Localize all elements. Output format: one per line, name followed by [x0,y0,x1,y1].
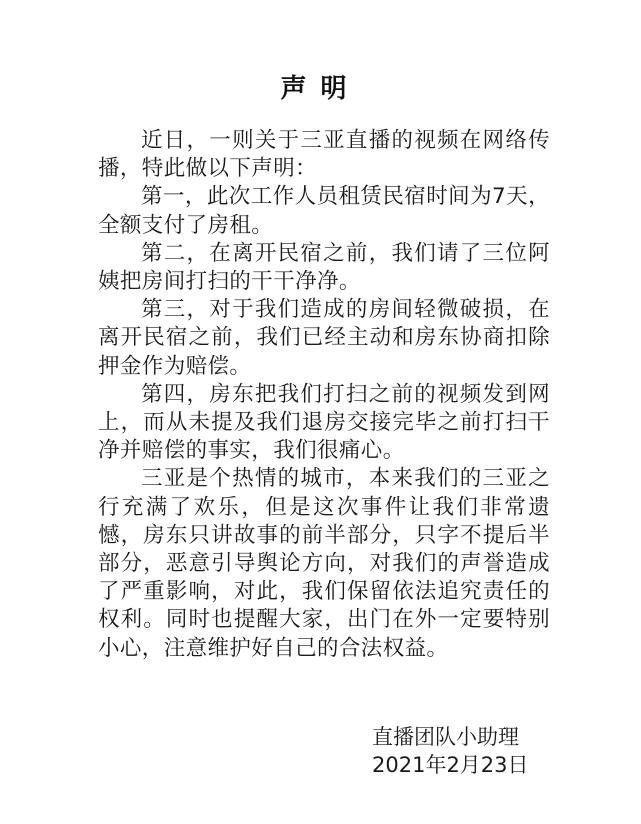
paragraph-third-point: 第三，对于我们造成的房间轻微破损，在离开民宿之前，我们已经主动和房东协商扣除押金… [98,296,550,381]
signature-date: 2021年2月23日 [372,751,562,779]
paragraph-conclusion: 三亚是个热情的城市，本来我们的三亚之行充满了欢乐，但是这次事件让我们非常遗憾，房… [98,465,550,662]
paragraph-fourth-point: 第四，房东把我们打扫之前的视频发到网上，而从未提及我们退房交接完毕之前打扫干净并… [98,381,550,466]
paragraph-second-point: 第二，在离开民宿之前，我们请了三位阿姨把房间打扫的干干净净。 [98,240,550,296]
signature-block: 直播团队小助理 2021年2月23日 [372,723,562,779]
document-title: 声明 [0,72,641,106]
signature-author: 直播团队小助理 [372,723,562,751]
paragraph-intro: 近日，一则关于三亚直播的视频在网络传播，特此做以下声明： [98,127,550,183]
document-body: 近日，一则关于三亚直播的视频在网络传播，特此做以下声明： 第一，此次工作人员租赁… [98,127,550,663]
paragraph-first-point: 第一，此次工作人员租赁民宿时间为7天，全额支付了房租。 [98,183,550,239]
statement-document: 声明 近日，一则关于三亚直播的视频在网络传播，特此做以下声明： 第一，此次工作人… [0,0,641,824]
